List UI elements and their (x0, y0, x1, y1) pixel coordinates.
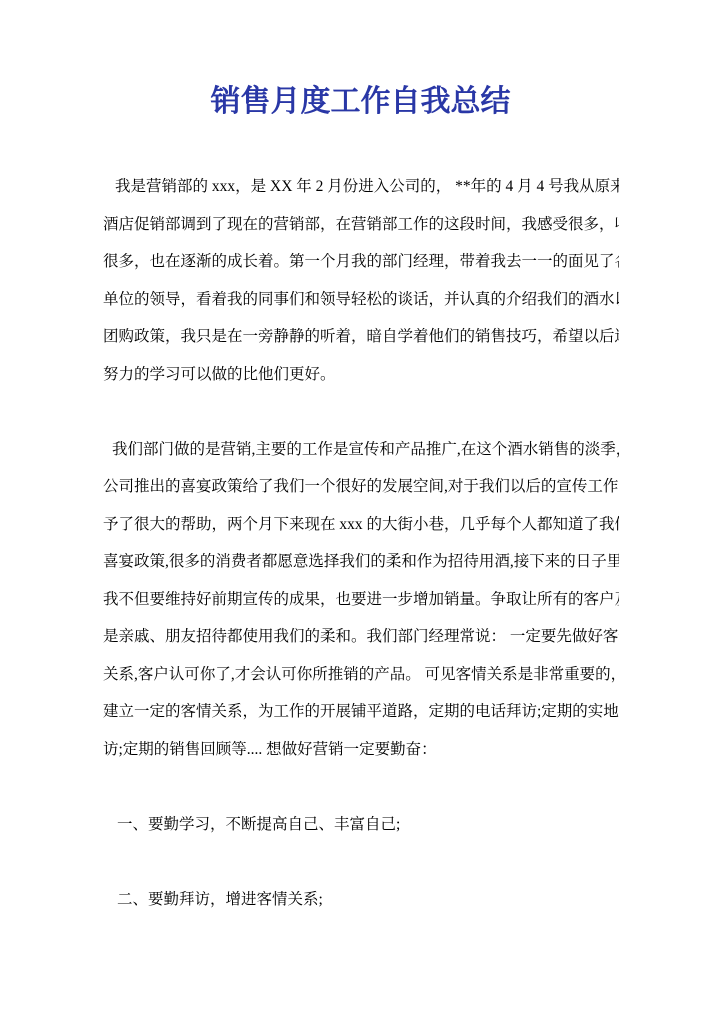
document-title: 销售月度工作自我总结 (0, 84, 721, 120)
text-line: 予了很大的帮助，两个月下来现在 xxx 的大街小巷，几乎每个人都知道了我们的 (103, 506, 619, 544)
paragraph-intro: 我是营销部的 xxx，是 XX 年 2 月份进入公司的， **年的 4 月 4 … (103, 168, 619, 393)
text-line: 很多，也在逐渐的成长着。第一个月我的部门经理，带着我去一一的面见了各个 (103, 243, 619, 281)
text-line: 二、要勤拜访，增进客情关系; (103, 881, 619, 919)
text-line: 访;定期的销售回顾等.... 想做好营销一定要勤奋： (103, 731, 619, 769)
text-line: 单位的领导，看着我的同事们和领导轻松的谈话，并认真的介绍我们的酒水以及 (103, 281, 619, 319)
text-line: 建立一定的客情关系，为工作的开展铺平道路，定期的电话拜访;定期的实地拜 (103, 693, 619, 731)
text-line: 我是营销部的 xxx，是 XX 年 2 月份进入公司的， **年的 4 月 4 … (103, 168, 619, 206)
paragraph-main: 我们部门做的是营销,主要的工作是宣传和产品推广,在这个酒水销售的淡季，公司推出的… (103, 431, 619, 769)
text-line: 关系,客户认可你了,才会认可你所推销的产品。 可见客情关系是非常重要的， (103, 656, 619, 694)
text-line: 努力的学习可以做的比他们更好。 (103, 356, 619, 394)
list-item-1: 一、要勤学习，不断提高自己、丰富自己; (103, 806, 619, 844)
document-page: 销售月度工作自我总结 我是营销部的 xxx，是 XX 年 2 月份进入公司的， … (0, 0, 721, 1020)
document-body: 我是营销部的 xxx，是 XX 年 2 月份进入公司的， **年的 4 月 4 … (103, 168, 619, 918)
text-line: 是亲戚、朋友招待都使用我们的柔和。我们部门经理常说： 一定要先做好客情 (103, 618, 619, 656)
text-line: 公司推出的喜宴政策给了我们一个很好的发展空间,对于我们以后的宣传工作给 (103, 468, 619, 506)
text-line: 团购政策，我只是在一旁静静的听着，暗自学着他们的销售技巧，希望以后通过 (103, 318, 619, 356)
text-line: 一、要勤学习，不断提高自己、丰富自己; (103, 806, 619, 844)
list-item-2: 二、要勤拜访，增进客情关系; (103, 881, 619, 919)
text-line: 我不但要维持好前期宣传的成果，也要进一步增加销量。争取让所有的客户及他 (103, 581, 619, 619)
text-line: 我们部门做的是营销,主要的工作是宣传和产品推广,在这个酒水销售的淡季， (103, 431, 619, 469)
text-line: 喜宴政策,很多的消费者都愿意选择我们的柔和作为招待用酒,接下来的日子里， (103, 543, 619, 581)
text-line: 酒店促销部调到了现在的营销部，在营销部工作的这段时间，我感受很多，收获 (103, 206, 619, 244)
